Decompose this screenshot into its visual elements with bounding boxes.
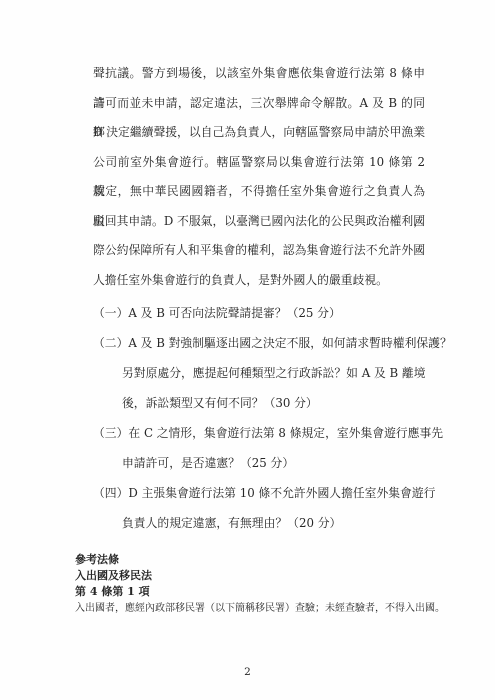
paragraph-line: 規定，無中華民國國籍者，不得擔任室外集會遊行之負責人為由， xyxy=(93,177,425,207)
paragraph-line: D 決定繼續聲援，以自己為負責人，向轄區警察局申請於甲漁業 xyxy=(93,118,425,148)
document-page: 聲抗議。警方到場後，以該室外集會應依集會遊行法第 8 條申請 許可而並未申請，認… xyxy=(0,0,495,700)
question-line: （一）A 及 B 可否向法院聲請提審？（25 分） xyxy=(93,298,441,328)
article-label: 第 4 條第 1 項 xyxy=(75,584,435,600)
reference-section: 參考法條 入出國及移民法 第 4 條第 1 項 入出國者，應經內政部移民署（以下… xyxy=(75,552,435,617)
law-name: 入出國及移民法 xyxy=(75,568,435,584)
paragraph-line: 公司前室外集會遊行。轄區警察局以集會遊行法第 10 條第 2 款 xyxy=(93,148,425,178)
question-line: 後，訴訟類型又有何不同？（30 分） xyxy=(93,388,441,418)
paragraph-line: 聲抗議。警方到場後，以該室外集會應依集會遊行法第 8 條申請 xyxy=(93,59,425,89)
case-paragraph: 聲抗議。警方到場後，以該室外集會應依集會遊行法第 8 條申請 許可而並未申請，認… xyxy=(93,59,425,295)
reference-heading: 參考法條 xyxy=(75,552,435,568)
paragraph-line: 駁回其申請。D 不服氣，以臺灣已國內法化的公民與政治權利國 xyxy=(93,207,425,237)
question-list: （一）A 及 B 可否向法院聲請提審？（25 分） （二）A 及 B 對強制驅逐… xyxy=(93,298,441,538)
question-line: （三）在 C 之情形，集會遊行法第 8 條規定，室外集會遊行應事先 xyxy=(93,418,441,448)
page-number: 2 xyxy=(0,665,495,679)
paragraph-line: 人擔任室外集會遊行的負責人，是對外國人的嚴重歧視。 xyxy=(93,266,425,296)
question-line: 申請許可，是否違憲？（25 分） xyxy=(93,448,441,478)
question-line: （四）D 主張集會遊行法第 10 條不允許外國人擔任室外集會遊行 xyxy=(93,478,441,508)
paragraph-line: 際公約保障所有人和平集會的權利，認為集會遊行法不允許外國 xyxy=(93,236,425,266)
question-line: 另對原處分，應提起何種類型之行政訴訟？如 A 及 B 離境 xyxy=(93,358,441,388)
question-line: （二）A 及 B 對強制驅逐出國之決定不服，如何請求暫時權利保護？ xyxy=(93,328,441,358)
paragraph-line: 許可而並未申請，認定違法，三次舉牌命令解散。A 及 B 的同鄉 xyxy=(93,89,425,119)
question-line: 負責人的規定違憲，有無理由？（20 分） xyxy=(93,508,441,538)
article-text: 入出國者，應經內政部移民署（以下簡稱移民署）查驗；未經查驗者，不得入出國。 xyxy=(75,601,435,617)
